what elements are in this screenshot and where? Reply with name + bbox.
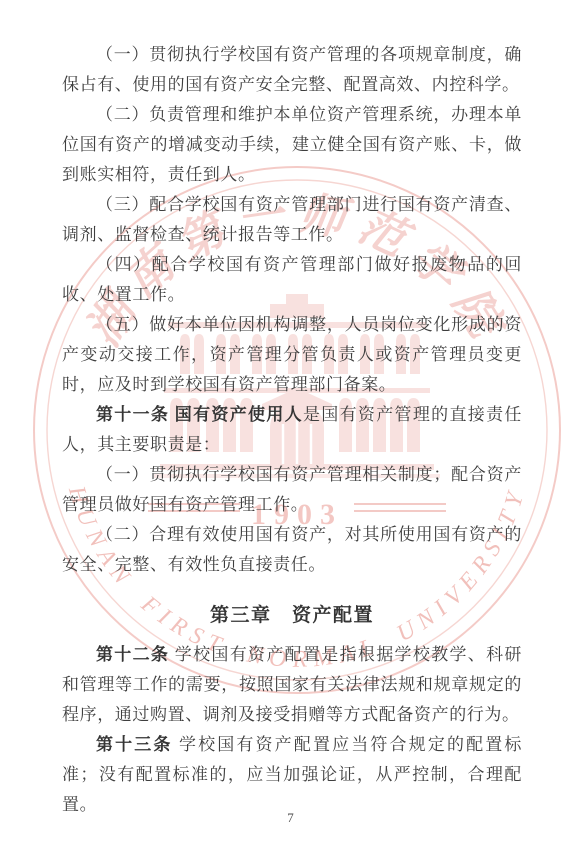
paragraph-item-5: （五）做好本单位因机构调整，人员岗位变化形成的资产变动交接工作，资产管理分管负责… [62,310,522,400]
paragraph-text: （一）贯彻执行学校国有资产管理的各项规章制度，确保占有、使用的国有资产安全完整、… [62,45,522,94]
paragraph-item-1: （一）贯彻执行学校国有资产管理的各项规章制度，确保占有、使用的国有资产安全完整、… [62,40,522,100]
paragraph-item-4: （四）配合学校国有资产管理部门做好报废物品的回收、处置工作。 [62,250,522,310]
chapter-heading-text: 第三章 资产配置 [210,605,374,626]
paragraph-item-2: （二）负责管理和维护本单位资产管理系统，办理本单位国有资产的增减变动手续，建立健… [62,100,522,190]
article-label: 第十二条 [96,645,169,664]
article-11: 第十一条 国有资产使用人是国有资产管理的直接责任人，其主要职责是： [62,400,522,460]
document-body: （一）贯彻执行学校国有资产管理的各项规章制度，确保占有、使用的国有资产安全完整、… [0,0,581,842]
chapter-heading: 第三章 资产配置 [62,601,522,631]
paragraph-item-6: （一）贯彻执行学校国有资产管理相关制度；配合资产管理员做好国有资产管理工作。 [62,460,522,520]
article-12: 第十二条 学校国有资产配置是指根据学校教学、科研和管理等工作的需要，按照国家有关… [62,640,522,730]
paragraph-text: （五）做好本单位因机构调整，人员岗位变化形成的资产变动交接工作，资产管理分管负责… [62,315,522,394]
paragraph-item-7: （二）合理有效使用国有资产，对其所使用国有资产的安全、完整、有效性负直接责任。 [62,520,522,580]
article-label: 第十一条 国有资产使用人 [96,405,303,424]
paragraph-text: （二）负责管理和维护本单位资产管理系统，办理本单位国有资产的增减变动手续，建立健… [62,105,522,184]
document-page: 湖南第一师范学院 HUNAN FIRST NORMAL UNIVERSITY [0,0,581,842]
paragraph-text: （一）贯彻执行学校国有资产管理相关制度；配合资产管理员做好国有资产管理工作。 [62,465,522,514]
paragraph-text: （三）配合学校国有资产管理部门进行国有资产清查、调剂、监督检查、统计报告等工作。 [62,195,522,244]
paragraph-item-3: （三）配合学校国有资产管理部门进行国有资产清查、调剂、监督检查、统计报告等工作。 [62,190,522,250]
page-number: 7 [0,810,581,826]
paragraph-text: （四）配合学校国有资产管理部门做好报废物品的回收、处置工作。 [62,255,522,304]
article-label: 第十三条 [96,735,173,754]
article-13: 第十三条 学校国有资产配置应当符合规定的配置标准；没有配置标准的，应当加强论证，… [62,730,522,820]
paragraph-text: （二）合理有效使用国有资产，对其所使用国有资产的安全、完整、有效性负直接责任。 [62,525,522,574]
